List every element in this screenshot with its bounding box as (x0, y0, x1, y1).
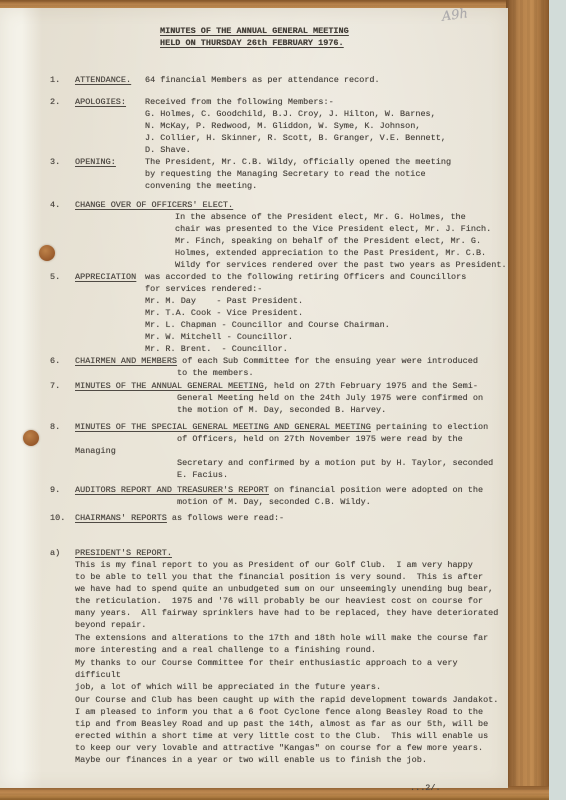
title-line-1: MINUTES OF THE ANNUAL GENERAL MEETING (160, 25, 508, 37)
item-body: In the absence of the President elect, M… (175, 211, 508, 271)
item-body: as follows were read:- (167, 513, 284, 523)
presidents-report-section: a) PRESIDENT'S REPORT. This is my final … (0, 547, 508, 766)
item-heading: APOLOGIES: (75, 96, 126, 108)
item-heading: CHANGE OVER OF OFFICERS' ELECT. (75, 199, 508, 211)
wood-frame-right (506, 0, 549, 792)
item-number: 10. (50, 512, 65, 524)
page-continuation-marker: ...2/. (410, 782, 508, 794)
item-heading: AUDITORS REPORT AND TREASURER'S REPORT (75, 485, 269, 495)
binder-hole-dot (39, 245, 55, 261)
item-body: was accorded to the following retiring O… (145, 271, 508, 355)
item-heading: APPRECIATION (75, 271, 136, 283)
item-number: 4. (50, 199, 60, 211)
minute-item-5: 5. APPRECIATION was accorded to the foll… (0, 271, 508, 355)
document-title: MINUTES OF THE ANNUAL GENERAL MEETING HE… (160, 25, 508, 49)
section-label: a) (50, 547, 60, 559)
item-number: 5. (50, 271, 60, 283)
report-paragraph-2: The extensions and alterations to the 17… (75, 632, 508, 656)
scanned-page: MINUTES OF THE ANNUAL GENERAL MEETING HE… (0, 0, 566, 800)
minute-item-7: 7. MINUTES OF THE ANNUAL GENERAL MEETING… (0, 380, 508, 416)
title-line-2: HELD ON THURSDAY 26th FEBRUARY 1976. (160, 37, 508, 49)
item-number: 9. (50, 484, 60, 496)
minute-item-6: 6. CHAIRMEN AND MEMBERS of each Sub Comm… (0, 355, 508, 379)
item-number: 8. (50, 421, 60, 433)
document-paper: MINUTES OF THE ANNUAL GENERAL MEETING HE… (0, 8, 508, 788)
report-paragraph-1: This is my final report to you as Presid… (75, 559, 508, 631)
report-paragraph-4: Our Course and Club has been caught up w… (75, 694, 508, 766)
handwritten-pencil-mark: A9h (441, 8, 468, 24)
minute-item-3: 3. OPENING: The President, Mr. C.B. Wild… (0, 156, 508, 192)
item-heading: OPENING: (75, 156, 116, 168)
item-body: Received from the following Members:- G.… (145, 96, 508, 156)
item-heading: MINUTES OF THE SPECIAL GENERAL MEETING A… (75, 422, 371, 432)
item-number: 6. (50, 355, 60, 367)
section-heading: PRESIDENT'S REPORT. (75, 547, 172, 559)
item-number: 7. (50, 380, 60, 392)
item-number: 1. (50, 74, 60, 86)
minute-item-4: 4. CHANGE OVER OF OFFICERS' ELECT. In th… (0, 199, 508, 271)
binder-hole-dot (23, 430, 39, 446)
report-paragraph-3: My thanks to our Course Committee for th… (75, 657, 508, 693)
item-heading: CHAIRMANS' REPORTS (75, 513, 167, 523)
minute-item-8: 8. MINUTES OF THE SPECIAL GENERAL MEETIN… (0, 421, 508, 481)
minute-item-1: 1. ATTENDANCE. 64 financial Members as p… (0, 74, 508, 86)
item-body: 64 financial Members as per attendance r… (145, 74, 508, 86)
minute-item-2: 2. APOLOGIES: Received from the followin… (0, 96, 508, 156)
minute-item-10: 10. CHAIRMANS' REPORTS as follows were r… (0, 512, 508, 524)
item-number: 2. (50, 96, 60, 108)
minute-item-9: 9. AUDITORS REPORT AND TREASURER'S REPOR… (0, 484, 508, 508)
item-heading: CHAIRMEN AND MEMBERS (75, 356, 177, 366)
item-heading: ATTENDANCE. (75, 74, 131, 86)
item-heading: MINUTES OF THE ANNUAL GENERAL MEETING (75, 381, 264, 391)
item-number: 3. (50, 156, 60, 168)
item-body: The President, Mr. C.B. Wildy, officiall… (145, 156, 508, 192)
